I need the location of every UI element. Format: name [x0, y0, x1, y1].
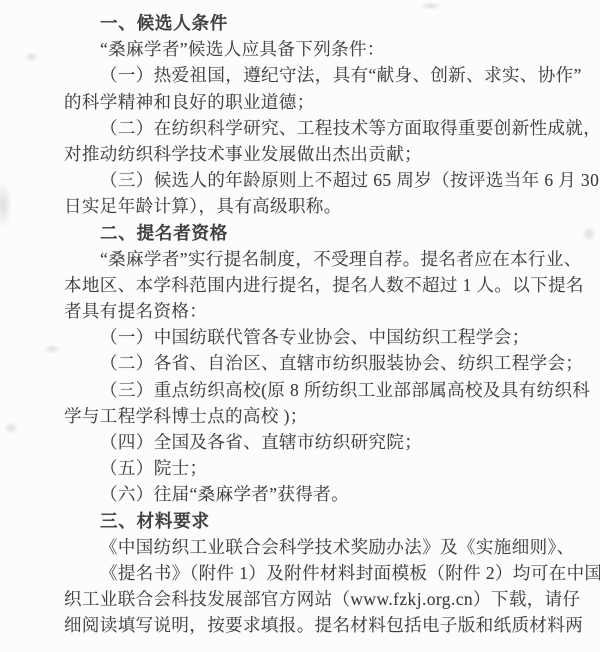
text-line: （四）全国及各省、直辖市纺织研究院； — [64, 429, 588, 455]
text-line: （五）院士； — [64, 455, 588, 481]
scan-smudge — [44, 344, 60, 354]
text-line: “桑麻学者”实行提名制度，不受理自荐。提名者应在本行业、 — [64, 246, 588, 272]
text-line: （三）重点纺织高校(原 8 所纺织工业部部属高校及具有纺织科 — [64, 377, 588, 403]
scan-smudge — [24, 52, 38, 62]
section-heading: 二、提名者资格 — [64, 220, 588, 246]
text-line: （一）热爱祖国，遵纪守法，具有“献身、创新、求实、协作” — [64, 62, 588, 88]
text-line: 对推动纺织科学技术事业发展做出杰出贡献； — [64, 141, 588, 167]
text-line: 本地区、本学科范围内进行提名，提名人数不超过 1 人。以下提名 — [64, 272, 588, 298]
text-line: “桑麻学者”候选人应具备下列条件： — [64, 36, 588, 62]
scan-smudge — [4, 422, 18, 434]
text-line: （一）中国纺联代管各专业协会、中国纺织工程学会； — [64, 324, 588, 350]
scan-smudge — [0, 182, 12, 228]
text-line: 学与工程学科博士点的高校 )； — [64, 403, 588, 429]
text-line: 日实足年龄计算），具有高级职称。 — [64, 193, 588, 219]
section-heading: 三、材料要求 — [64, 508, 588, 534]
text-line: 《提名书》（附件 1）及附件材料封面模板（附件 2）均可在中国纺 — [64, 560, 588, 586]
text-line: 细阅读填写说明，按要求填报。提名材料包括电子版和纸质材料两 — [64, 612, 588, 638]
text-line: 的科学精神和良好的职业道德； — [64, 89, 588, 115]
text-line: （三）候选人的年龄原则上不超过 65 周岁（按评选当年 6 月 30 — [64, 167, 588, 193]
text-line: （六）往届“桑麻学者”获得者。 — [64, 481, 588, 507]
text-line: 《中国纺织工业联合会科学技术奖励办法》及《实施细则》、 — [64, 534, 588, 560]
text-line: （二）各省、自治区、直辖市纺织服装协会、纺织工程学会； — [64, 350, 588, 376]
scan-smudge — [420, 2, 442, 10]
section-heading: 一、候选人条件 — [64, 10, 588, 36]
document-text-block: 一、候选人条件“桑麻学者”候选人应具备下列条件：（一）热爱祖国，遵纪守法，具有“… — [64, 10, 588, 639]
text-line: 织工业联合会科技发展部官方网站（www.fzkj.org.cn）下载，请仔 — [64, 586, 588, 612]
text-line: （二）在纺织科学研究、工程技术等方面取得重要创新性成就， — [64, 115, 588, 141]
document-page: 一、候选人条件“桑麻学者”候选人应具备下列条件：（一）热爱祖国，遵纪守法，具有“… — [0, 0, 600, 652]
text-line: 者具有提名资格： — [64, 298, 588, 324]
